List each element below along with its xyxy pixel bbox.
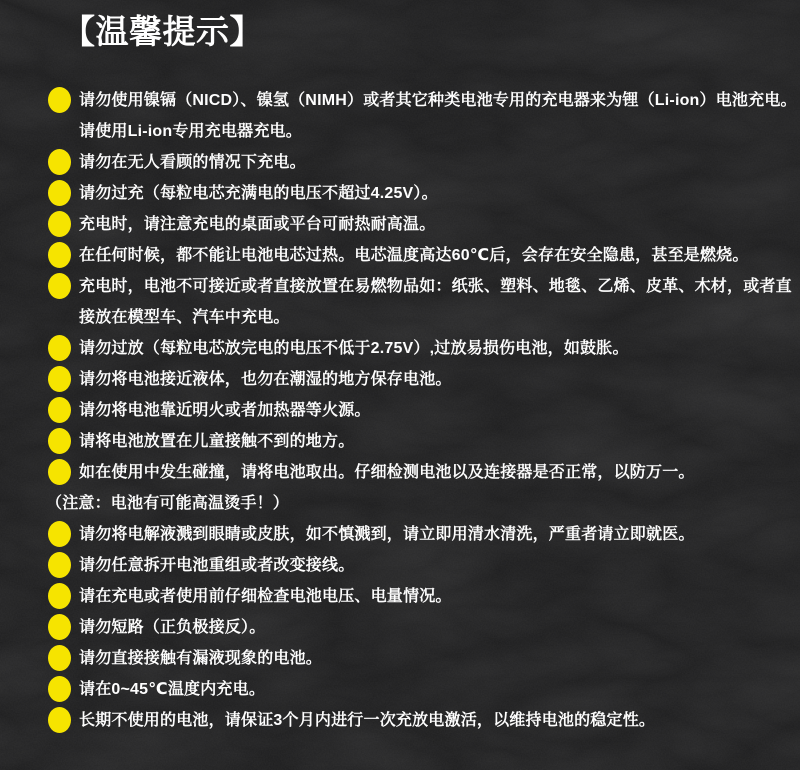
tip-text: 请勿将电池靠近明火或者加热器等火源。 [79, 395, 371, 426]
tip-text: 请在充电或者使用前仔细检查电池电压、电量情况。 [79, 581, 452, 612]
note-text: （注意：电池有可能高温烫手！） [46, 488, 289, 519]
tip-text: 请勿过充（每粒电芯充满电的电压不超过4.25V）。 [79, 178, 438, 209]
tip-item: 请勿任意拆开电池重组或者改变接线。 [48, 550, 782, 581]
tip-item: 在任何时候，都不能让电池电芯过热。电芯温度高达60℃后，会存在安全隐患，甚至是燃… [48, 240, 782, 271]
bullet-dot-icon [48, 180, 71, 206]
tip-text: 请勿过放（每粒电芯放完电的电压不低于2.75V）,过放易损伤电池，如鼓胀。 [79, 333, 629, 364]
tip-item: 充电时，请注意充电的桌面或平台可耐热耐高温。 [48, 209, 782, 240]
tip-text: 如在使用中发生碰撞，请将电池取出。仔细检测电池以及连接器是否正常，以防万一。 [79, 457, 695, 488]
page-title: 【温馨提示】 [0, 0, 800, 54]
tip-text: 充电时，电池不可接近或者直接放置在易燃物品如：纸张、塑料、地毯、乙烯、皮革、木材… [79, 271, 792, 333]
bullet-dot-icon [48, 149, 71, 175]
content-area: 【温馨提示】 请勿使用镍镉（NICD）、镍氢（NIMH）或者其它种类电池专用的充… [0, 0, 800, 736]
tip-item: 充电时，电池不可接近或者直接放置在易燃物品如：纸张、塑料、地毯、乙烯、皮革、木材… [48, 271, 782, 333]
bullet-dot-icon [48, 273, 71, 299]
tip-item: 请勿使用镍镉（NICD）、镍氢（NIMH）或者其它种类电池专用的充电器来为锂（L… [48, 85, 782, 147]
tip-item: 请勿将电池靠近明火或者加热器等火源。 [48, 395, 782, 426]
tip-item: 请勿将电解液溅到眼睛或皮肤，如不慎溅到，请立即用清水清洗，严重者请立即就医。 [48, 519, 782, 550]
bullet-dot-icon [48, 614, 71, 640]
tip-text: 充电时，请注意充电的桌面或平台可耐热耐高温。 [79, 209, 435, 240]
tip-item: 请勿直接接触有漏液现象的电池。 [48, 643, 782, 674]
tip-item: 请在0~45℃温度内充电。 [48, 674, 782, 705]
tip-text: 请勿短路（正负极接反）。 [79, 612, 265, 643]
bullet-dot-icon [48, 87, 71, 113]
note-item: （注意：电池有可能高温烫手！） [48, 488, 782, 519]
tip-item: 请勿在无人看顾的情况下充电。 [48, 147, 782, 178]
tip-text: 请勿任意拆开电池重组或者改变接线。 [79, 550, 354, 581]
tip-item: 如在使用中发生碰撞，请将电池取出。仔细检测电池以及连接器是否正常，以防万一。 [48, 457, 782, 488]
bullet-dot-icon [48, 211, 71, 237]
bullet-dot-icon [48, 397, 71, 423]
bullet-dot-icon [48, 676, 71, 702]
bullet-dot-icon [48, 242, 71, 268]
bullet-dot-icon [48, 552, 71, 578]
tip-item: 请勿短路（正负极接反）。 [48, 612, 782, 643]
bullet-dot-icon [48, 428, 71, 454]
tip-text: 请在0~45℃温度内充电。 [79, 674, 265, 705]
tip-text: 请勿直接接触有漏液现象的电池。 [79, 643, 322, 674]
bullet-dot-icon [48, 707, 71, 733]
tip-text: 在任何时候，都不能让电池电芯过热。电芯温度高达60℃后，会存在安全隐患，甚至是燃… [79, 240, 749, 271]
tip-item: 请将电池放置在儿童接触不到的地方。 [48, 426, 782, 457]
tip-text: 请勿将电解液溅到眼睛或皮肤，如不慎溅到，请立即用清水清洗，严重者请立即就医。 [79, 519, 695, 550]
tips-list: 请勿使用镍镉（NICD）、镍氢（NIMH）或者其它种类电池专用的充电器来为锂（L… [0, 85, 800, 736]
tip-item: 长期不使用的电池，请保证3个月内进行一次充放电激活，以维持电池的稳定性。 [48, 705, 782, 736]
bullet-dot-icon [48, 459, 71, 485]
bullet-dot-icon [48, 583, 71, 609]
tip-text: 请勿使用镍镉（NICD）、镍氢（NIMH）或者其它种类电池专用的充电器来为锂（L… [79, 85, 797, 147]
tip-text: 请将电池放置在儿童接触不到的地方。 [79, 426, 354, 457]
bullet-dot-icon [48, 335, 71, 361]
bullet-dot-icon [48, 521, 71, 547]
tip-text: 请勿将电池接近液体，也勿在潮湿的地方保存电池。 [79, 364, 452, 395]
bullet-dot-icon [48, 366, 71, 392]
bullet-dot-icon [48, 645, 71, 671]
tip-item: 请勿过放（每粒电芯放完电的电压不低于2.75V）,过放易损伤电池，如鼓胀。 [48, 333, 782, 364]
tip-item: 请在充电或者使用前仔细检查电池电压、电量情况。 [48, 581, 782, 612]
safety-tips-panel: 【温馨提示】 请勿使用镍镉（NICD）、镍氢（NIMH）或者其它种类电池专用的充… [0, 0, 800, 770]
tip-item: 请勿将电池接近液体，也勿在潮湿的地方保存电池。 [48, 364, 782, 395]
tip-text: 长期不使用的电池，请保证3个月内进行一次充放电激活，以维持电池的稳定性。 [79, 705, 655, 736]
tip-item: 请勿过充（每粒电芯充满电的电压不超过4.25V）。 [48, 178, 782, 209]
tip-text: 请勿在无人看顾的情况下充电。 [79, 147, 306, 178]
